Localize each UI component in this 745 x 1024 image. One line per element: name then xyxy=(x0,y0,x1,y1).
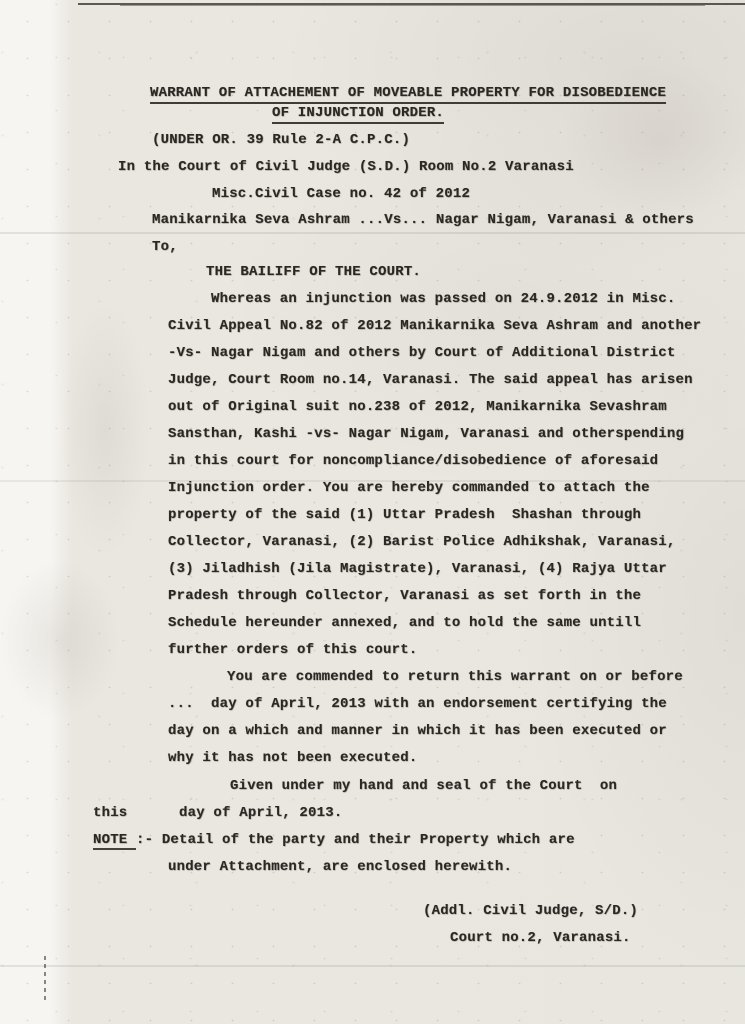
scan-blotch xyxy=(0,560,120,720)
body-line: Whereas an injunction was passed on 24.9… xyxy=(211,290,675,308)
signature-designation: (Addl. Civil Judge, S/D.) xyxy=(423,902,638,920)
body-line: this day of April, 2013. xyxy=(93,804,342,822)
statute-subtitle: (UNDER OR. 39 Rule 2-A C.P.C.) xyxy=(152,131,410,149)
body-line: further orders of this court. xyxy=(168,641,417,659)
body-line: ... day of April, 2013 with an endorseme… xyxy=(168,695,667,713)
document-title-line1: WARRANT OF ATTACHEMENT OF MOVEABLE PROPE… xyxy=(150,84,666,102)
note-text: :- Detail of the party and their Propert… xyxy=(136,832,575,848)
body-line: in this court for noncompliance/disobedi… xyxy=(168,452,658,470)
body-line: Judge, Court Room no.14, Varanasi. The s… xyxy=(168,371,693,389)
scan-blotch xyxy=(60,300,150,560)
title-underline-2: OF INJUNCTION ORDER. xyxy=(272,105,444,124)
body-line: out of Original suit no.238 of 2012, Man… xyxy=(168,398,667,416)
note-line2: under Attachment, are enclosed herewith. xyxy=(168,858,512,876)
body-line: Given under my hand and seal of the Cour… xyxy=(230,777,617,795)
paper-crease xyxy=(0,965,745,967)
body-line: Civil Appeal No.82 of 2012 Manikarnika S… xyxy=(168,317,701,335)
body-line: Pradesh through Collector, Varanasi as s… xyxy=(168,587,641,605)
body-line: day on a which and manner in which it ha… xyxy=(168,722,667,740)
body-line: (3) Jiladhish (Jila Magistrate), Varanas… xyxy=(168,560,667,578)
body-line: Sansthan, Kashi -vs- Nagar Nigam, Varana… xyxy=(168,425,684,443)
document-title-line2: OF INJUNCTION ORDER. xyxy=(272,104,444,122)
body-line: property of the said (1) Uttar Pradesh S… xyxy=(168,506,641,524)
signature-court: Court no.2, Varanasi. xyxy=(450,929,631,947)
court-line: In the Court of Civil Judge (S.D.) Room … xyxy=(118,158,574,176)
scan-top-edge-line-faint xyxy=(120,5,705,6)
note-line: NOTE :- Detail of the party and their Pr… xyxy=(93,831,575,849)
parties-line: Manikarnika Seva Ashram ...Vs... Nagar N… xyxy=(152,211,694,229)
body-line: why it has not been executed. xyxy=(168,749,417,767)
body-line: Schedule hereunder annexed, and to hold … xyxy=(168,614,641,632)
body-line: Collector, Varanasi, (2) Barist Police A… xyxy=(168,533,675,551)
case-number-line: Misc.Civil Case no. 42 of 2012 xyxy=(212,185,470,203)
body-line: Injunction order. You are hereby command… xyxy=(168,479,650,497)
note-label: NOTE xyxy=(93,832,136,850)
title-underline-1: WARRANT OF ATTACHEMENT OF MOVEABLE PROPE… xyxy=(150,85,666,104)
paper-crease xyxy=(0,232,745,234)
body-line: -Vs- Nagar Nigam and others by Court of … xyxy=(168,344,675,362)
scanned-document-page: WARRANT OF ATTACHEMENT OF MOVEABLE PROPE… xyxy=(0,0,745,1024)
body-line: You are commended to return this warrant… xyxy=(227,668,683,686)
to-line: To, xyxy=(152,238,178,256)
addressee-line: THE BAILIFF OF THE COURT. xyxy=(206,263,421,281)
scan-edge-mark xyxy=(44,956,46,1002)
